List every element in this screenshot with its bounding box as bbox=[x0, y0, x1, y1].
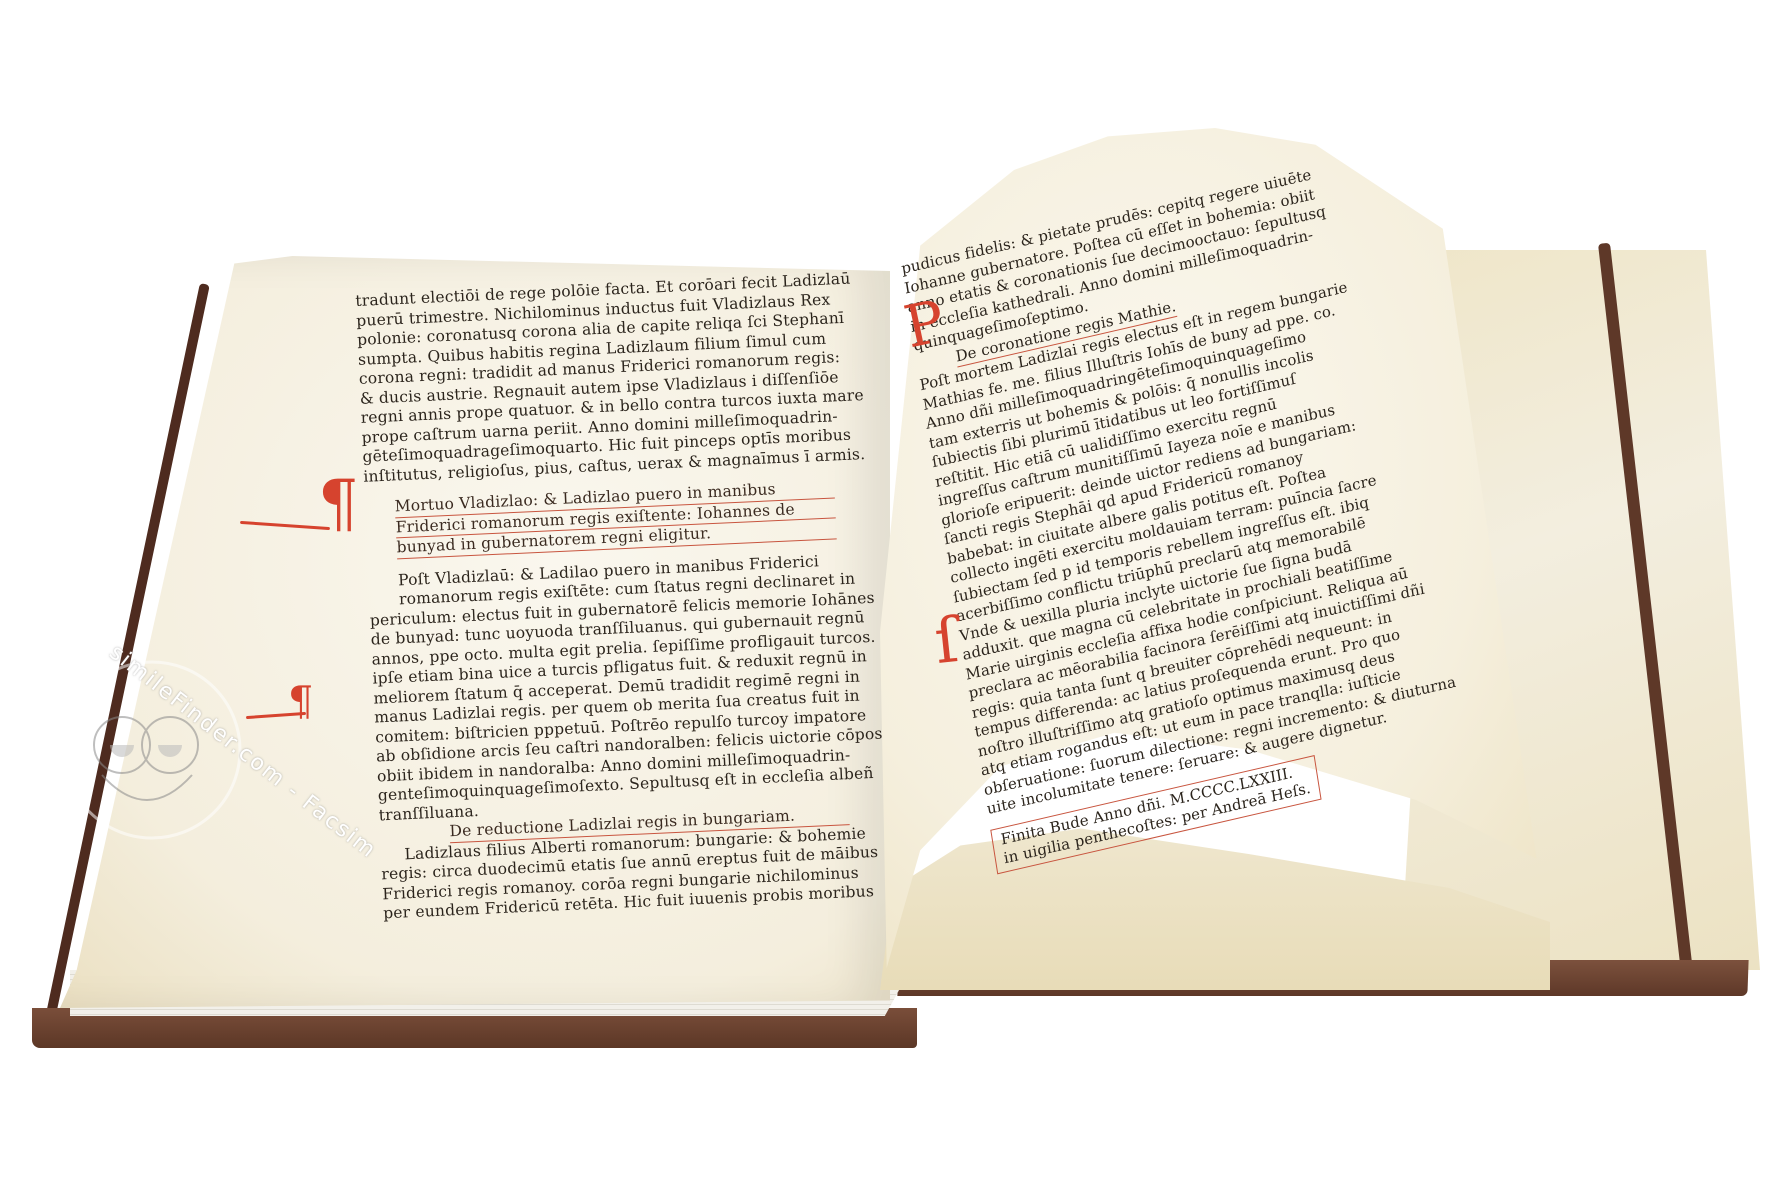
book-photograph: tradunt electiōi de rege polōie facta. E… bbox=[0, 0, 1772, 1181]
left-page-text: tradunt electiōi de rege polōie facta. E… bbox=[355, 271, 853, 924]
pilcrow-initial-icon: ¶ bbox=[288, 682, 313, 722]
